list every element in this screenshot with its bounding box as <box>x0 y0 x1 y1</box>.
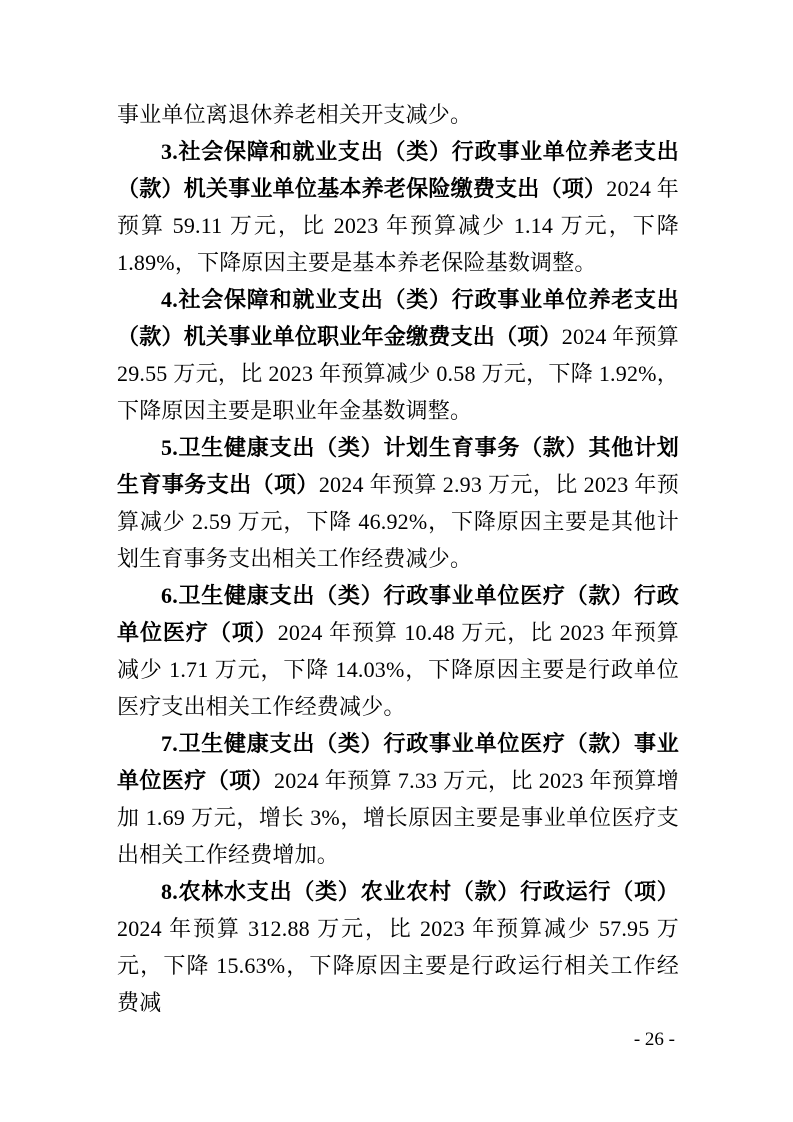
paragraph-bold-heading: 3.社会保障和就业支出（类）行政事业单位养老支出（款）机关事业单位基本养老保险缴… <box>117 139 679 201</box>
budget-paragraph: 事业单位离退休养老相关开支减少。 <box>117 96 679 133</box>
paragraph-body-text: 2024 年预算 312.88 万元，比 2023 年预算减少 57.95 万元… <box>117 916 679 1015</box>
paragraph-bold-heading: 8.农林水支出（类）农业农村（款）行政运行（项） <box>161 879 679 904</box>
budget-paragraph: 7.卫生健康支出（类）行政事业单位医疗（款）事业单位医疗（项）2024 年预算 … <box>117 725 679 873</box>
budget-paragraph: 3.社会保障和就业支出（类）行政事业单位养老支出（款）机关事业单位基本养老保险缴… <box>117 133 679 281</box>
document-body: 事业单位离退休养老相关开支减少。 3.社会保障和就业支出（类）行政事业单位养老支… <box>117 96 679 1021</box>
paragraph-body-text: 事业单位离退休养老相关开支减少。 <box>117 102 472 127</box>
budget-paragraph: 4.社会保障和就业支出（类）行政事业单位养老支出（款）机关事业单位职业年金缴费支… <box>117 281 679 429</box>
budget-paragraph: 6.卫生健康支出（类）行政事业单位医疗（款）行政单位医疗（项）2024 年预算 … <box>117 577 679 725</box>
page-number: - 26 - <box>634 1028 675 1052</box>
budget-paragraph: 8.农林水支出（类）农业农村（款）行政运行（项）2024 年预算 312.88 … <box>117 873 679 1021</box>
document-page: 事业单位离退休养老相关开支减少。 3.社会保障和就业支出（类）行政事业单位养老支… <box>0 0 793 1122</box>
budget-paragraph: 5.卫生健康支出（类）计划生育事务（款）其他计划生育事务支出（项）2024 年预… <box>117 429 679 577</box>
